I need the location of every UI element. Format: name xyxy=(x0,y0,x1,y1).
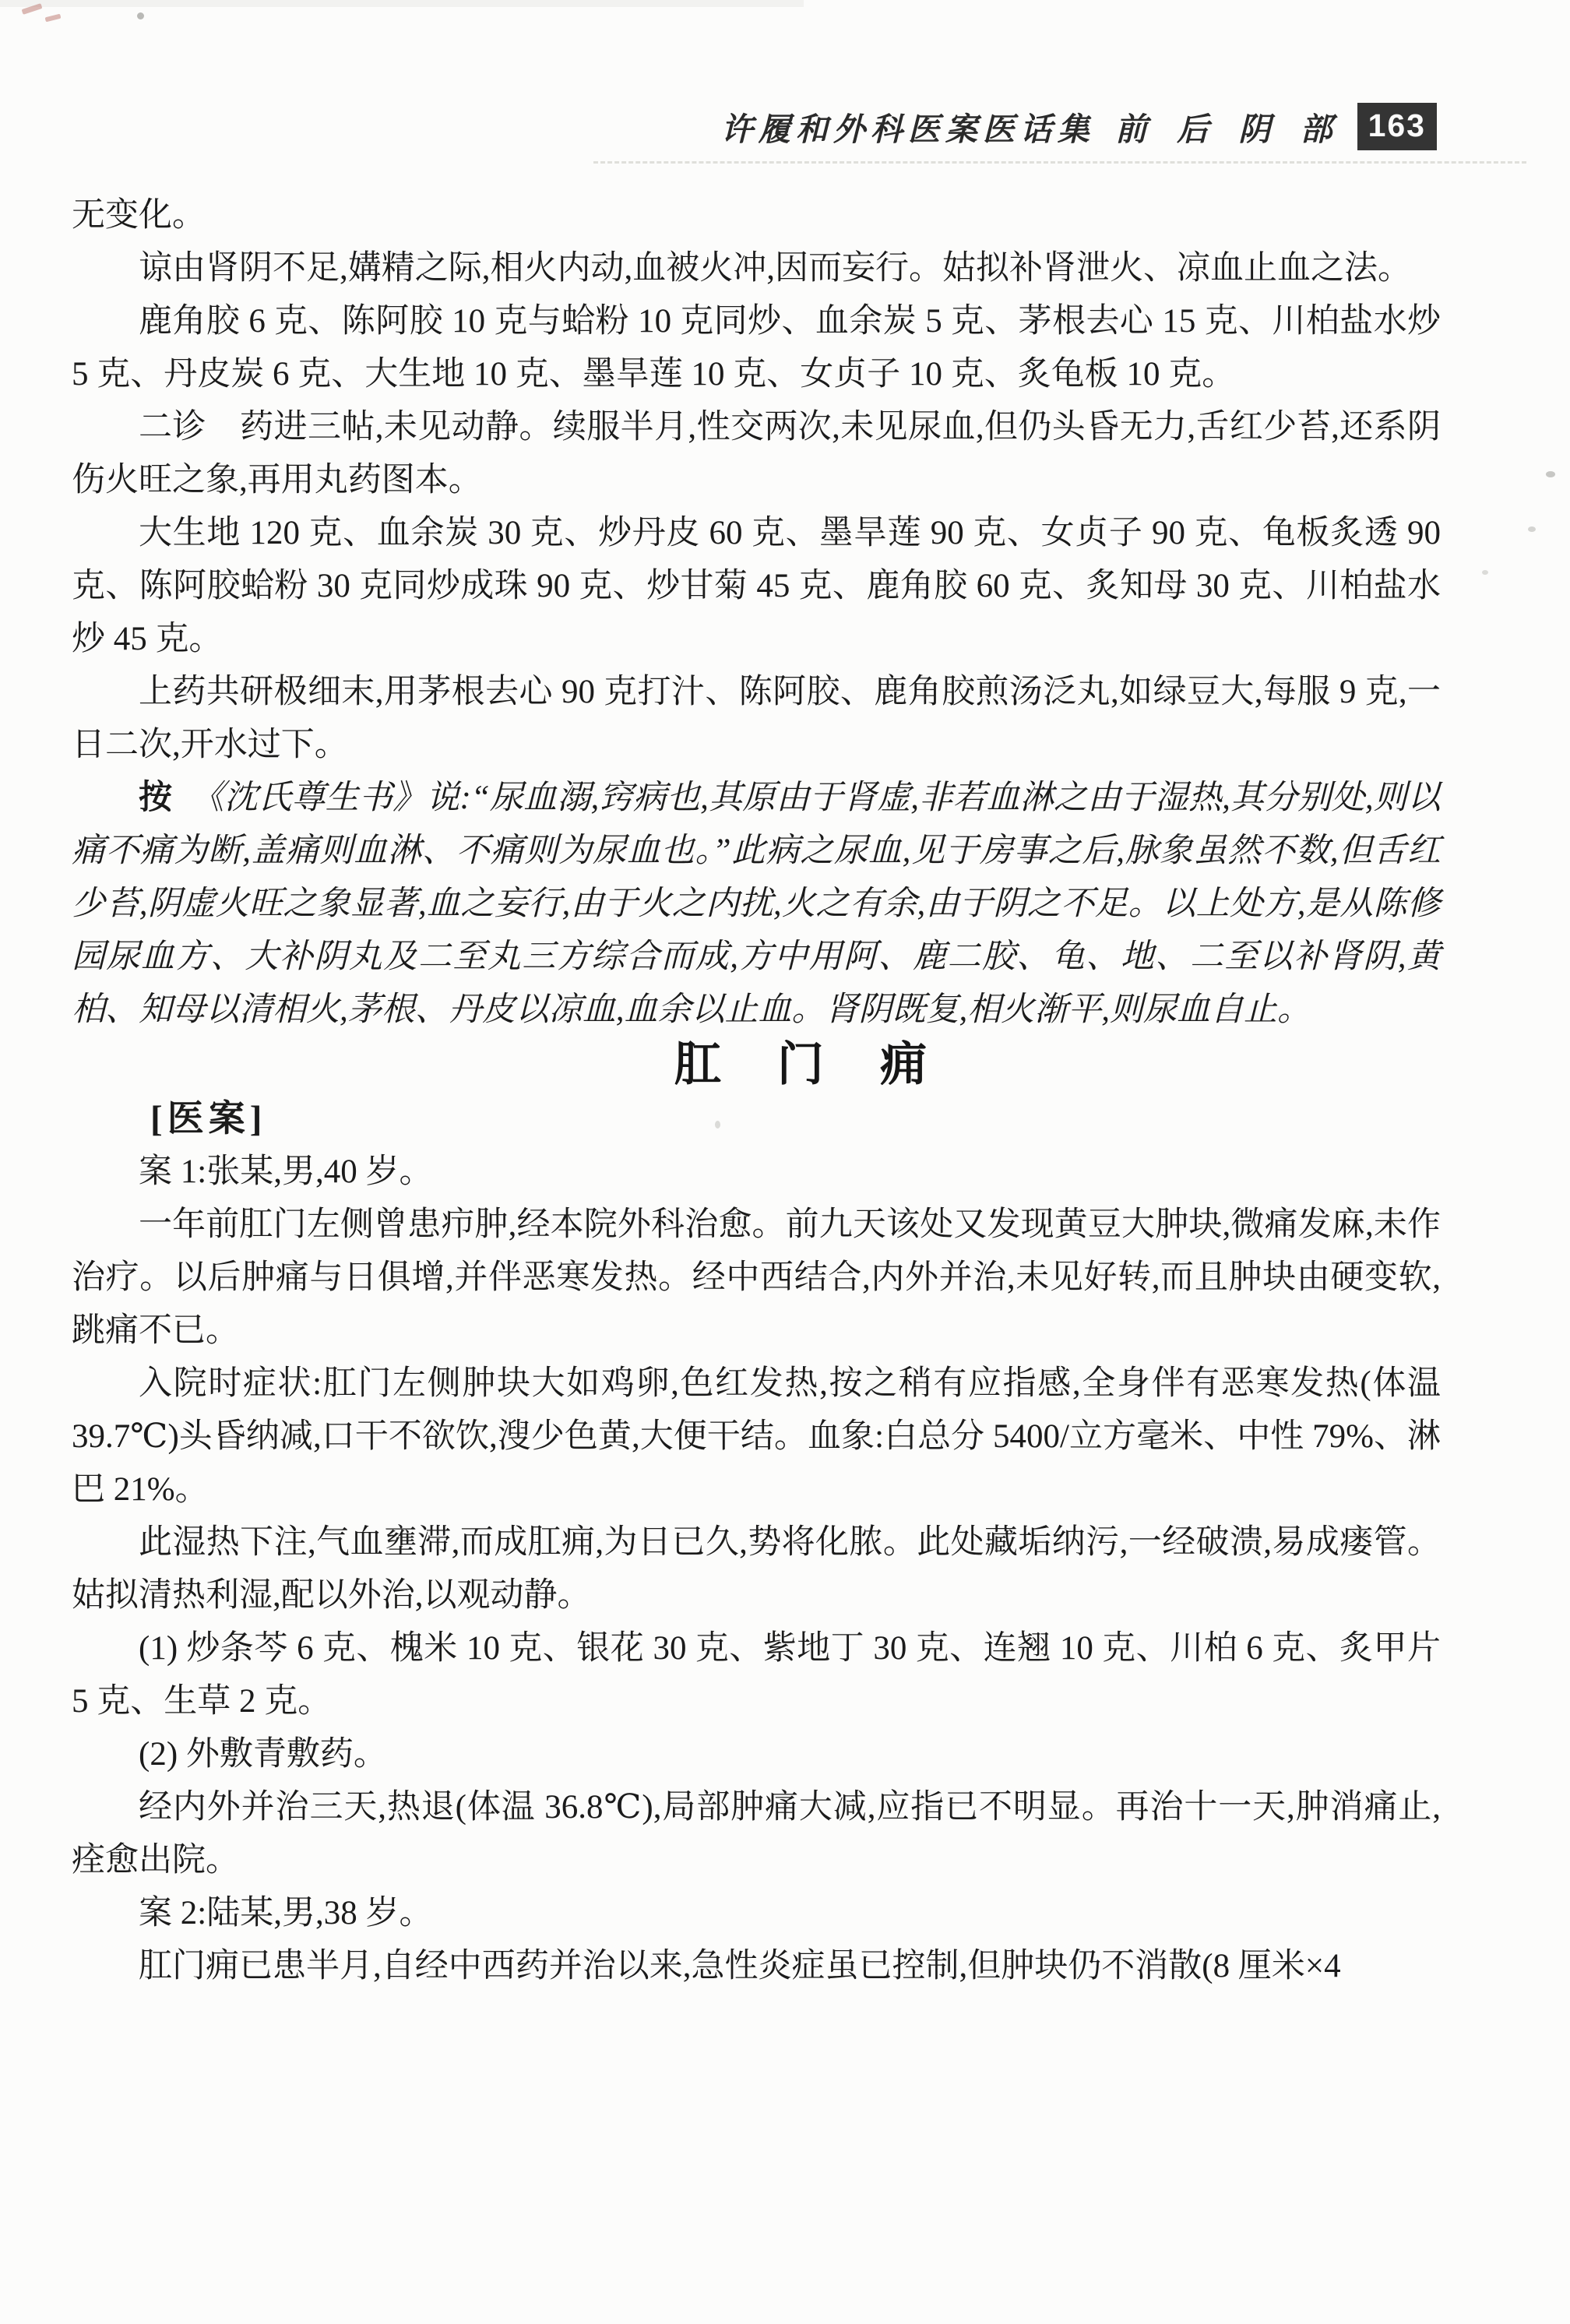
paragraph-case2-history: 肛门痈已患半月,自经中西药并治以来,急性炎症虽已控制,但肿块仍不消散(8 厘米×… xyxy=(72,1940,1441,1993)
section-title: 肛 门 痈 xyxy=(72,1037,1441,1093)
running-head-section: 前 后 阴 部 xyxy=(1115,104,1343,150)
book-title: 许履和外科医案医话集 xyxy=(721,104,1095,150)
paragraph-case1-header: 案 1:张某,男,40 岁。 xyxy=(72,1146,1441,1199)
paragraph-case2-header: 案 2:陆某,男,38 岁。 xyxy=(72,1887,1441,1940)
paragraph-case1-admission: 入院时症状:肛门左侧肿块大如鸡卵,色红发热,按之稍有应指感,全身伴有恶寒发热(体… xyxy=(72,1357,1441,1516)
corner-pen-mark xyxy=(45,14,62,23)
paragraph-case1-prescription: (1) 炒条芩 6 克、槐米 10 克、银花 30 克、紫地丁 30 克、连翘 … xyxy=(72,1622,1441,1728)
book-page: 许履和外科医案医话集 前 后 阴 部 163 无变化。 谅由肾阴不足,媾精之际,… xyxy=(0,0,1570,2324)
paragraph-prescription-1: 鹿角胶 6 克、陈阿胶 10 克与蛤粉 10 克同炒、血余炭 5 克、茅根去心 … xyxy=(72,295,1441,401)
paragraph-case-conclusion-tail: 无变化。 xyxy=(72,189,1441,242)
paragraph-case1-history: 一年前肛门左侧曾患疖肿,经本院外科治愈。前九天该处又发现黄豆大肿块,微痛发麻,未… xyxy=(72,1199,1441,1357)
page-number-badge: 163 xyxy=(1357,103,1437,150)
scan-speck xyxy=(1482,570,1488,575)
paragraph-second-visit: 二诊 药进三帖,未见动静。续服半月,性交两次,未见尿血,但仍头昏无力,舌红少苔,… xyxy=(72,401,1441,507)
paragraph-preparation: 上药共研极细末,用茅根去心 90 克打汁、陈阿胶、鹿角胶煎汤泛丸,如绿豆大,每服… xyxy=(72,666,1441,772)
page-text-block: 无变化。 谅由肾阴不足,媾精之际,相火内动,血被火冲,因而妄行。姑拟补肾泄火、凉… xyxy=(72,189,1441,1993)
paragraph-commentary: 按《沈氏尊生书》说:“尿血溺,窍病也,其原由于肾虚,非若血淋之由于湿热,其分别处… xyxy=(72,772,1441,1037)
scan-speck xyxy=(137,12,144,19)
scan-speck xyxy=(1528,526,1536,532)
running-head: 许履和外科医案医话集 前 后 阴 部 163 xyxy=(721,103,1437,150)
paragraph-case1-outcome: 经内外并治三天,热退(体温 36.8℃),局部肿痛大减,应指已不明显。再治十一天… xyxy=(72,1781,1441,1887)
commentary-label: 按 xyxy=(139,780,172,816)
header-scan-shadow-line xyxy=(593,161,1526,164)
subsection-label-medical-cases: [医案] xyxy=(72,1093,1441,1146)
paragraph-diagnosis: 谅由肾阴不足,媾精之际,相火内动,血被火冲,因而妄行。姑拟补肾泄火、凉血止血之法… xyxy=(72,242,1441,295)
commentary-text: 《沈氏尊生书》说:“尿血溺,窍病也,其原由于肾虚,非若血淋之由于湿热,其分别处,… xyxy=(72,780,1441,1028)
scan-speck xyxy=(1546,471,1555,477)
paragraph-case1-external: (2) 外敷青敷药。 xyxy=(72,1728,1441,1781)
paragraph-prescription-2: 大生地 120 克、血余炭 30 克、炒丹皮 60 克、墨旱莲 90 克、女贞子… xyxy=(72,507,1441,666)
scan-edge-strip xyxy=(0,0,804,7)
paragraph-case1-analysis: 此湿热下注,气血壅滞,而成肛痈,为日已久,势将化脓。此处藏垢纳污,一经破溃,易成… xyxy=(72,1516,1441,1622)
